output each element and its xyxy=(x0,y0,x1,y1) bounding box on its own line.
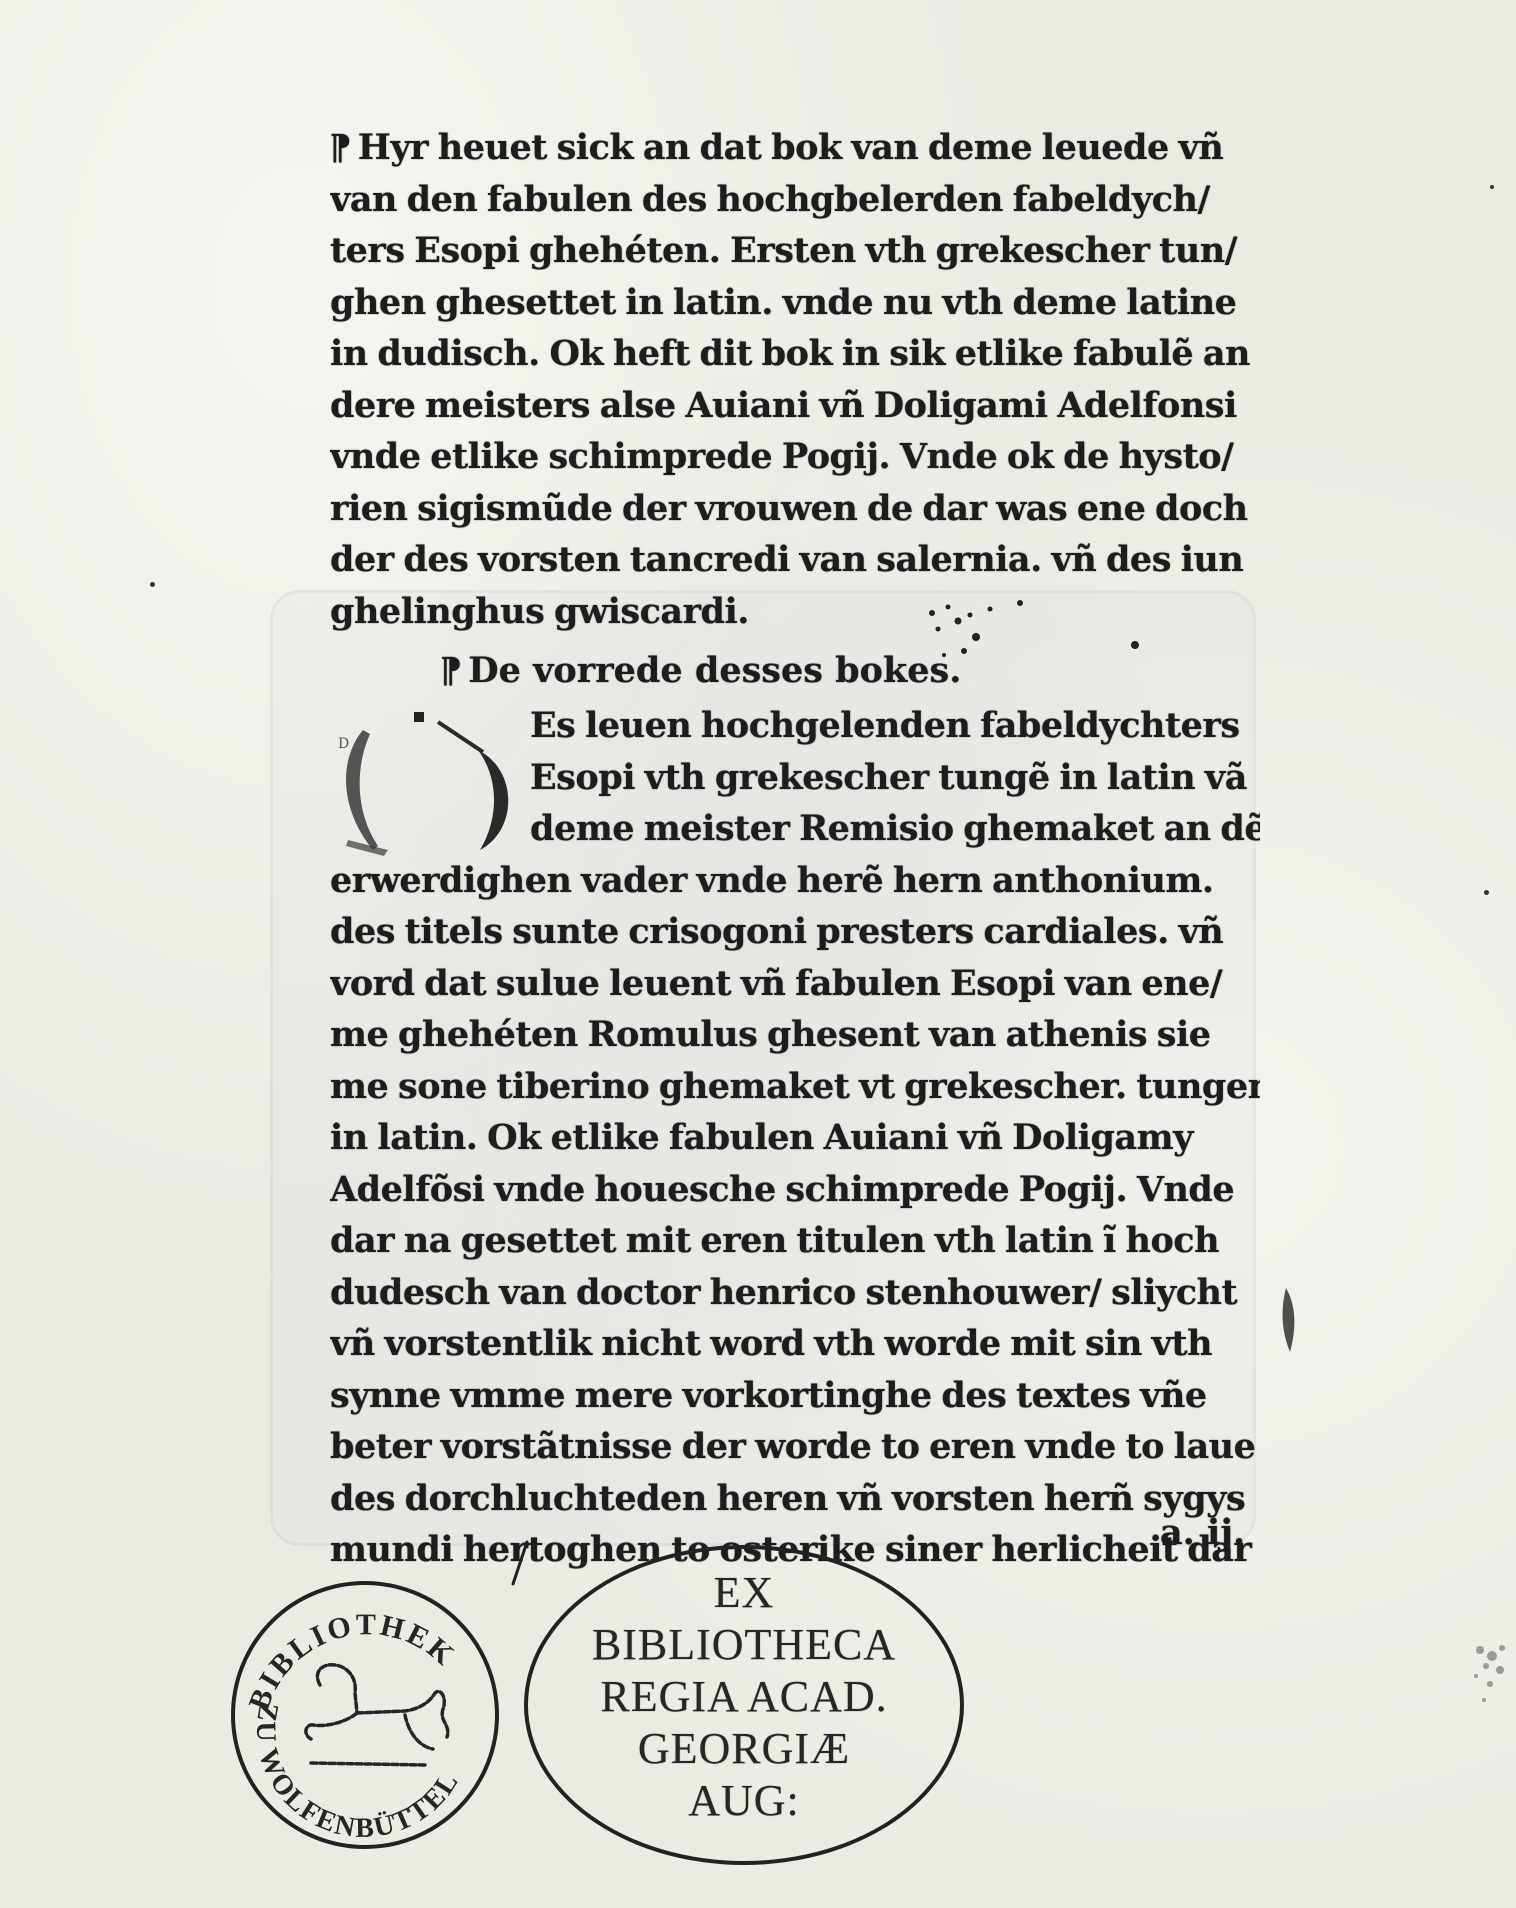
text-line: Esopi vth grekescher tungẽ in latin vã xyxy=(330,752,1260,804)
text-line: ters Esopi ghehéten. Ersten vth grekesch… xyxy=(330,225,1260,277)
text-line: beter vorstãtnisse der worde to eren vnd… xyxy=(330,1421,1260,1473)
text-line: me sone tiberino ghemaket vt grekescher.… xyxy=(330,1061,1260,1113)
preface-heading: ¶De vorrede desses bokes. xyxy=(440,650,961,691)
text-line: deme meister Remisio ghemaket an dẽ xyxy=(330,803,1260,855)
horse-icon xyxy=(306,1665,448,1765)
preface-paragraph: Es leuen hochgelenden fabeldychters Esop… xyxy=(330,700,1260,1576)
stamp-line: GEORGIÆ xyxy=(524,1723,964,1775)
text-line: dar na gesettet mit eren titulen vth lat… xyxy=(330,1215,1260,1267)
stamp-line: REGIA ACAD. xyxy=(524,1671,964,1723)
text-line: van den fabulen des hochgbelerden fabeld… xyxy=(330,174,1260,226)
stamp-arc-bottom-text: ZU WOLFENBÜTTEL xyxy=(250,1700,466,1844)
stamp-line: EX xyxy=(524,1567,964,1619)
edge-smudge-mark xyxy=(1440,1640,1510,1720)
signature-mark: a. ij. xyxy=(1160,1512,1245,1553)
stamp-line: AUG: xyxy=(524,1775,964,1827)
text-line: vord dat sulue leuent vñ fabulen Esopi v… xyxy=(330,958,1260,1010)
ink-dot xyxy=(1484,890,1489,895)
stamp-text: EX BIBLIOTHECA REGIA ACAD. GEORGIÆ AUG: xyxy=(524,1567,964,1827)
text-line: der des vorsten tancredi van salernia. v… xyxy=(330,534,1260,586)
text-line: Es leuen hochgelenden fabeldychters xyxy=(330,700,1260,752)
text-line: in latin. Ok etlike fabulen Auiani vñ Do… xyxy=(330,1112,1260,1164)
title-paragraph: ¶Hyr heuet sick an dat bok van deme leue… xyxy=(330,122,1260,637)
text-line: ghen ghesettet in latin. vnde nu vth dem… xyxy=(330,277,1260,329)
document-page: ¶Hyr heuet sick an dat bok van deme leue… xyxy=(0,0,1516,1908)
text-line: me ghehéten Romulus ghesent van athenis … xyxy=(330,1009,1260,1061)
text-line: in dudisch. Ok heft dit bok in sik etlik… xyxy=(330,328,1260,380)
pilcrow-icon: ¶ xyxy=(330,122,352,174)
text-line: vnde etlike schimprede Pogij. Vnde ok de… xyxy=(330,431,1260,483)
text-line: synne vmme mere vorkortinghe des textes … xyxy=(330,1370,1260,1422)
pilcrow-icon: ¶ xyxy=(440,650,462,691)
wolfenbuettel-library-stamp: BIBLIOTHEK ZU WOLFENBÜTTEL xyxy=(225,1575,505,1855)
text-line: rien sigismũde der vrouwen de dar was en… xyxy=(330,483,1260,535)
text-line: dudesch van doctor henrico stenhouwer/ s… xyxy=(330,1267,1260,1319)
gottingen-library-stamp: EX BIBLIOTHECA REGIA ACAD. GEORGIÆ AUG: xyxy=(524,1545,984,1885)
svg-text:ZU WOLFENBÜTTEL: ZU WOLFENBÜTTEL xyxy=(250,1700,466,1844)
ink-dot xyxy=(1490,185,1494,189)
text-line: des dorchluchteden heren vñ vorsten herñ… xyxy=(330,1473,1260,1525)
text-line: erwerdighen vader vnde herẽ hern anthoni… xyxy=(330,855,1260,907)
text-line: dere meisters alse Auiani vñ Doligami Ad… xyxy=(330,380,1260,432)
ink-dot xyxy=(150,582,155,587)
text-line: vñ vorstentlik nicht word vth worde mit … xyxy=(330,1318,1260,1370)
text-line: ¶Hyr heuet sick an dat bok van deme leue… xyxy=(330,122,1260,174)
edge-ink-mark xyxy=(1272,1282,1312,1362)
stamp-line: BIBLIOTHECA xyxy=(524,1619,964,1671)
text-line: Adelfõsi vnde houesche schimprede Pogij.… xyxy=(330,1164,1260,1216)
text-line: des titels sunte crisogoni presters card… xyxy=(330,906,1260,958)
